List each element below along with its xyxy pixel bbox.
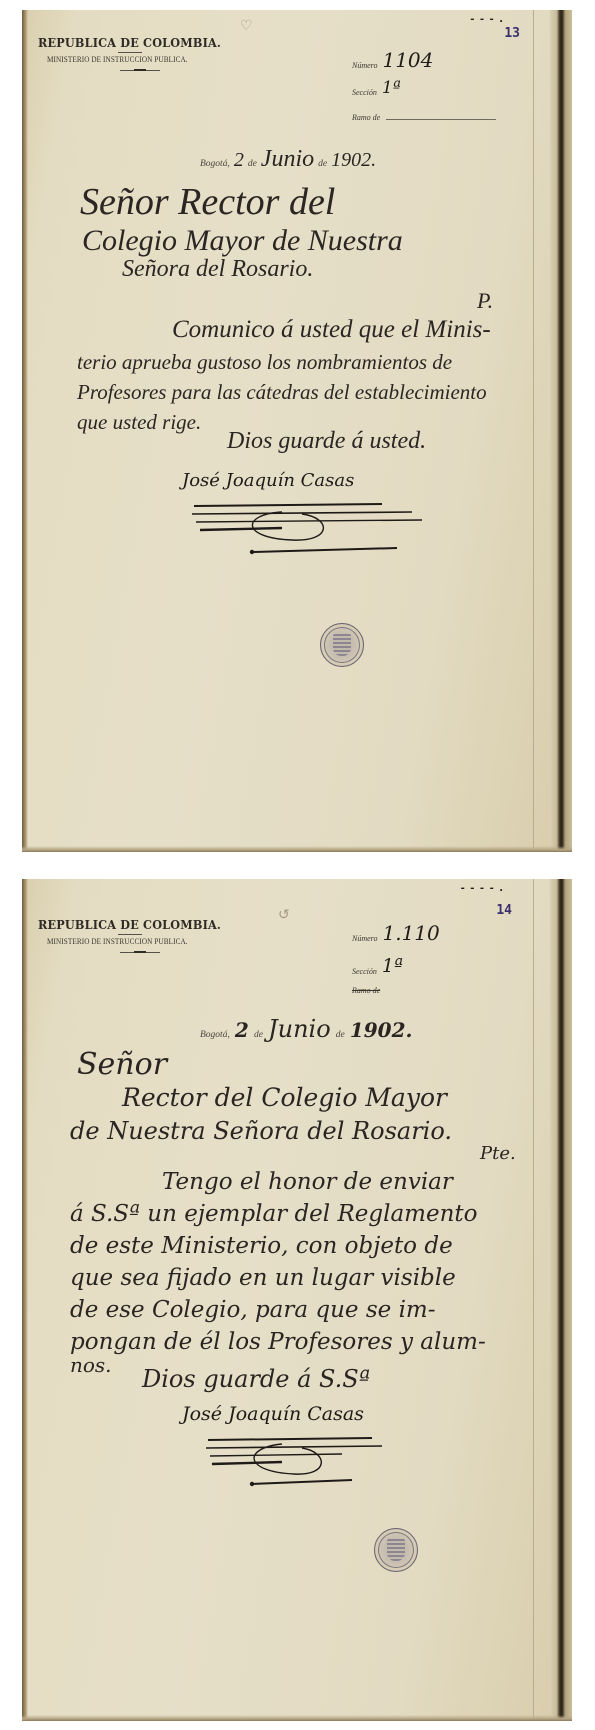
date-year-de-label: de — [336, 1030, 345, 1040]
addressee-line-1: Señor — [77, 1047, 167, 1082]
body-line-1: Comunico á usted que el Minis- — [172, 316, 491, 344]
ministry-seal-icon — [374, 1528, 418, 1572]
ramo-blank-line — [386, 119, 496, 120]
letterhead: REPUBLICA DE COLOMBIA. MINISTERIO DE INS… — [38, 35, 238, 71]
addressee-line-3: de Nuestra Señora del Rosario. — [70, 1117, 452, 1145]
signature: José Joaquín Casas — [182, 470, 354, 491]
letterhead-ministry: MINISTERIO DE INSTRUCCION PUBLICA. — [38, 937, 218, 946]
signature-rubric-flourish — [202, 1434, 442, 1494]
meta-seccion: Sección 1ª — [352, 957, 403, 976]
body-line-3: Profesores para las cátedras del estable… — [77, 380, 487, 405]
seccion-value: 1ª — [382, 80, 401, 97]
pencil-dash-marks: - - - - . — [461, 883, 504, 894]
date-month: Junio — [268, 1015, 331, 1043]
addressee-line-3: Señora del Rosario. — [122, 256, 313, 283]
date-day: 2 — [234, 149, 244, 171]
date-year-de-label: de — [318, 159, 327, 169]
closing-line: Dios guarde á S.Sª — [142, 1365, 370, 1393]
date-year: 1902. — [331, 149, 376, 171]
place-label: Bogotá, — [200, 1030, 230, 1040]
closing-line: Dios guarde á usted. — [227, 428, 426, 455]
page-edge-line — [533, 879, 534, 1721]
addressee-line-1: Señor Rector del — [80, 180, 335, 224]
body-line-4: que sea fijado en un lugar visible — [70, 1265, 456, 1291]
meta-numero: Número 1104 — [352, 50, 433, 70]
letterhead-rule — [120, 70, 160, 71]
signature: José Joaquín Casas — [182, 1403, 364, 1425]
body-line-5: de ese Colegio, para que se im- — [70, 1297, 436, 1323]
date-year: 1902. — [350, 1018, 413, 1042]
letterhead-ministry: MINISTERIO DE INSTRUCCION PUBLICA. — [38, 55, 218, 64]
letterhead-republic: REPUBLICA DE COLOMBIA. — [38, 35, 218, 50]
marginal-notation: P. — [477, 288, 493, 314]
addressee-line-2: Rector del Colegio Mayor — [122, 1083, 447, 1112]
folio-stamp-number: 13 — [504, 26, 520, 41]
meta-ramo: Ramo de — [352, 113, 496, 122]
ramo-label: Ramo de — [352, 113, 380, 122]
letterhead: REPUBLICA DE COLOMBIA. MINISTERIO DE INS… — [38, 917, 238, 953]
body-line-1: Tengo el honor de enviar — [162, 1169, 453, 1195]
binding-spine — [550, 879, 572, 1721]
date-day: 2 — [235, 1018, 249, 1042]
paper-stain: ♡ — [240, 18, 253, 34]
seccion-label: Sección — [352, 967, 377, 976]
numero-value: 1104 — [382, 50, 433, 70]
meta-numero: Número 1.110 — [352, 923, 440, 943]
signature-rubric-flourish — [182, 500, 432, 560]
body-line-7: nos. — [70, 1353, 112, 1377]
letter-page-1: ♡ - - - . 13 REPUBLICA DE COLOMBIA. MINI… — [22, 10, 572, 852]
letterhead-republic: REPUBLICA DE COLOMBIA. — [38, 917, 218, 932]
meta-ramo: Ramo de — [352, 986, 380, 995]
date-line: Bogotá, 2 de Junio de 1902. — [200, 146, 376, 173]
date-de-label: de — [254, 1030, 263, 1040]
body-line-3: de este Ministerio, con objeto de — [70, 1233, 453, 1259]
letterhead-divider — [118, 934, 142, 935]
numero-label: Número — [352, 61, 377, 70]
binding-spine — [550, 10, 572, 852]
marginal-notation: Pte. — [480, 1143, 516, 1164]
letterhead-rule — [120, 952, 160, 953]
paper-stain: ↺ — [278, 907, 290, 923]
meta-seccion: Sección 1ª — [352, 80, 401, 97]
folio-stamp-number: 14 — [496, 903, 512, 918]
place-label: Bogotá, — [200, 159, 230, 169]
seccion-value: 1ª — [382, 957, 403, 976]
seccion-label: Sección — [352, 88, 377, 97]
date-line: Bogotá, 2 de Junio de 1902. — [200, 1015, 412, 1043]
ministry-seal-icon — [320, 623, 364, 667]
body-line-2: terio aprueba gustoso los nombramientos … — [77, 350, 452, 375]
body-line-2: á S.Sª un ejemplar del Reglamento — [70, 1201, 478, 1227]
ramo-label-struck: Ramo de — [352, 986, 380, 995]
pencil-dash-marks: - - - . — [470, 14, 504, 25]
seal-coat-of-arms — [387, 1539, 405, 1561]
body-line-4: que usted rige. — [77, 410, 201, 435]
numero-value: 1.110 — [382, 923, 439, 943]
letterhead-divider — [118, 52, 142, 53]
numero-label: Número — [352, 934, 377, 943]
body-line-6: pongan de él los Profesores y alum- — [70, 1329, 486, 1355]
letter-page-2: ↺ - - - - . 14 REPUBLICA DE COLOMBIA. MI… — [22, 879, 572, 1721]
date-month: Junio — [261, 146, 314, 172]
seal-coat-of-arms — [333, 634, 351, 656]
date-de-label: de — [248, 159, 257, 169]
page-edge-line — [533, 10, 534, 852]
addressee-line-2: Colegio Mayor de Nuestra — [82, 224, 403, 258]
